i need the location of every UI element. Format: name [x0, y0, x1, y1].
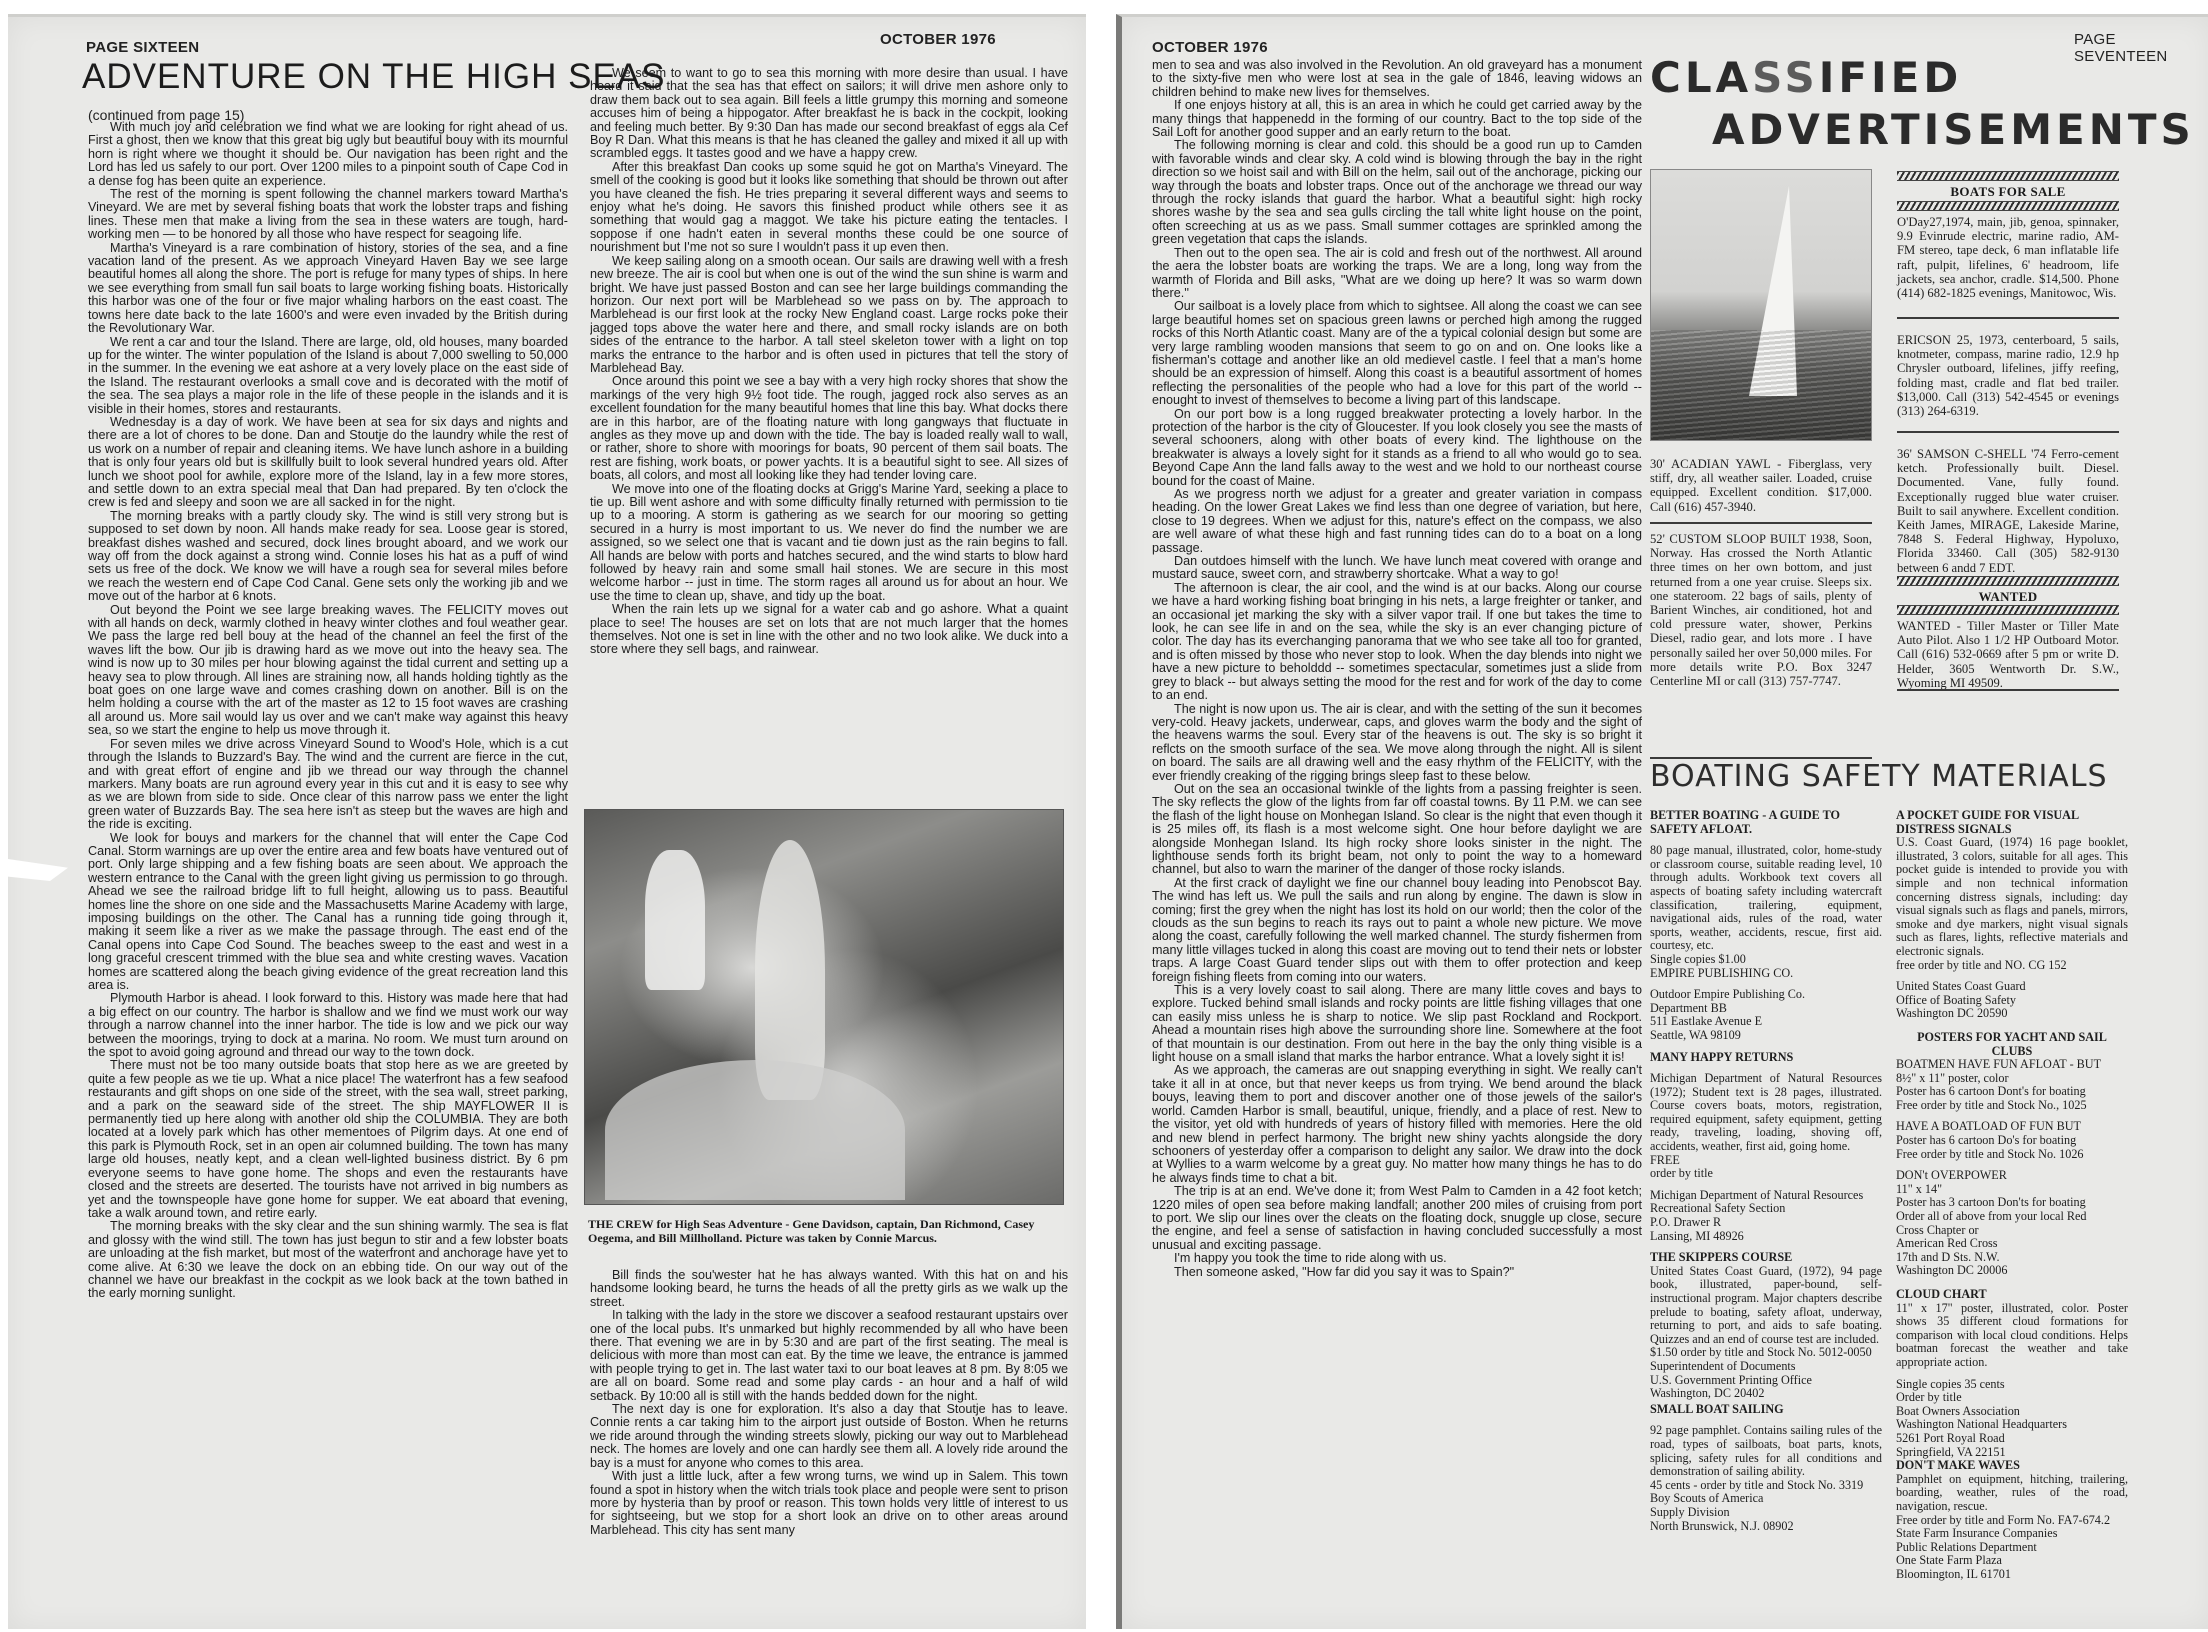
item-description: 80 page manual, illustrated, color, home…: [1650, 844, 1882, 953]
paragraph: On our port bow is a long rugged breakwa…: [1152, 408, 1642, 488]
address-line: Free order by title and Form No. FA7-674…: [1896, 1514, 2128, 1528]
address-line: Outdoor Empire Publishing Co.: [1650, 988, 1882, 1002]
item-title: THE SKIPPERS COURSE: [1650, 1251, 1882, 1265]
address-line: Boat Owners Association: [1896, 1405, 2128, 1419]
paragraph: We keep sailing along on a smooth ocean.…: [590, 255, 1068, 376]
boat-deck: [605, 1060, 905, 1200]
page-folio: PAGE SIXTEEN: [86, 39, 199, 56]
item-title: SMALL BOAT SAILING: [1650, 1403, 1882, 1417]
poster-line: DON't OVERPOWER: [1896, 1169, 2128, 1183]
item-title: DON'T MAKE WAVES: [1896, 1459, 2128, 1473]
paragraph: men to sea and was also involved in the …: [1152, 59, 1642, 99]
article-column-2-continued: Bill finds the sou'wester hat he has alw…: [590, 1269, 1068, 1619]
paragraph: The morning breaks with a partly cloudy …: [88, 510, 568, 604]
poster-line: HAVE A BOATLOAD OF FUN BUT: [1896, 1120, 2128, 1134]
poster-line: Washington DC 20006: [1896, 1264, 2128, 1278]
address-line: Public Relations Department: [1896, 1541, 2128, 1555]
address-line: Springfield, VA 22151: [1896, 1446, 2128, 1460]
poster-line: Order all of above from your local Red: [1896, 1210, 2128, 1224]
classified-ad: 30' ACADIAN YAWL - Fiberglass, very stif…: [1650, 457, 1872, 514]
paragraph: Bill finds the sou'wester hat he has alw…: [590, 1269, 1068, 1309]
address-line: One State Farm Plaza: [1896, 1554, 2128, 1568]
paragraph: Wednesday is a day of work. We have been…: [88, 416, 568, 510]
paragraph: The rest of the morning is spent followi…: [88, 188, 568, 242]
paragraph: For seven miles we drive across Vineyard…: [88, 738, 568, 832]
address-line: Office of Boating Safety: [1896, 994, 2128, 1008]
poster-line: Free order by title and Stock No. 1026: [1896, 1148, 2128, 1162]
poster-line: Poster has 3 cartoon Don'ts for boating: [1896, 1196, 2128, 1210]
sailboat-photo: [1650, 169, 1872, 441]
paragraph: The afternoon is clear, the air cool, an…: [1152, 582, 1642, 703]
paragraph: Dan outdoes himself with the lunch. We h…: [1152, 555, 1642, 582]
ad-divider: [1897, 431, 2119, 433]
page-sixteen: PAGE SIXTEEN OCTOBER 1976 ADVENTURE ON T…: [8, 14, 1086, 1629]
paragraph: In talking with the lady in the store we…: [590, 1309, 1068, 1403]
rope-divider: [1897, 576, 2119, 586]
item-order: 45 cents - order by title and Stock No. …: [1650, 1479, 1882, 1493]
address-line: Michigan Department of Natural Resources: [1650, 1189, 1882, 1203]
poster-line: 8½" x 11" poster, color: [1896, 1072, 2128, 1086]
classified-ad: 36' SAMSON C-SHELL '74 Ferro-cement ketc…: [1897, 447, 2119, 575]
item-order: order by title: [1650, 1167, 1882, 1181]
page-seventeen: OCTOBER 1976 PAGE SEVENTEEN men to sea a…: [1116, 14, 2208, 1629]
address-line: Washington National Headquarters: [1896, 1418, 2128, 1432]
paragraph: After this breakfast Dan cooks up some s…: [590, 161, 1068, 255]
item-description: 11" x 17" poster, illustrated, color. Po…: [1896, 1302, 2128, 1370]
paragraph: I'm happy you took the time to ride alon…: [1152, 1252, 1642, 1265]
address-line: Boy Scouts of America: [1650, 1492, 1882, 1506]
paragraph: The next day is one for exploration. It'…: [590, 1403, 1068, 1470]
poster-line: BOATMEN HAVE FUN AFLOAT - BUT: [1896, 1058, 2128, 1072]
boating-safety-column-2: A POCKET GUIDE FOR VISUAL DISTRESS SIGNA…: [1896, 809, 2128, 1581]
paragraph: Plymouth Harbor is ahead. I look forward…: [88, 992, 568, 1059]
address-line: 511 Eastlake Avenue E: [1650, 1015, 1882, 1029]
poster-line: Poster has 6 cartoon Do's for boating: [1896, 1134, 2128, 1148]
paragraph: There must not be too many outside boats…: [88, 1059, 568, 1220]
paragraph: We rent a car and tour the Island. There…: [88, 336, 568, 416]
address-line: State Farm Insurance Companies: [1896, 1527, 2128, 1541]
article-column-2: We seem to want to go to sea this mornin…: [590, 67, 1068, 802]
paragraph: Out beyond the Point we see large breaki…: [88, 604, 568, 738]
address-line: Lansing, MI 48926: [1650, 1230, 1882, 1244]
item-title: A POCKET GUIDE FOR VISUAL DISTRESS SIGNA…: [1896, 809, 2128, 836]
address-line: United States Coast Guard: [1896, 980, 2128, 994]
item-price: FREE: [1650, 1154, 1882, 1168]
item-order: $1.50 order by title and Stock No. 5012-…: [1650, 1346, 1882, 1360]
rope-divider: [1897, 605, 2119, 615]
item-price: Single copies $1.00: [1650, 953, 1882, 967]
item-description: United States Coast Guard, (1972), 94 pa…: [1650, 1265, 1882, 1347]
address-line: Supply Division: [1650, 1506, 1882, 1520]
address-line: North Brunswick, N.J. 08902: [1650, 1520, 1882, 1534]
item-publisher: EMPIRE PUBLISHING CO.: [1650, 967, 1882, 981]
paragraph: We move into one of the floating docks a…: [590, 483, 1068, 604]
issue-date: OCTOBER 1976: [1152, 39, 1268, 56]
section-label-boats-for-sale: BOATS FOR SALE: [1897, 184, 2119, 200]
classified-ad: O'Day27,1974, main, jib, genoa, spinnake…: [1897, 215, 2119, 300]
paragraph: As we progress north we adjust for a gre…: [1152, 488, 1642, 555]
paragraph: The morning breaks with the sky clear an…: [88, 1220, 568, 1300]
paragraph: At the first crack of daylight we fine o…: [1152, 877, 1642, 984]
item-title: BETTER BOATING - A GUIDE TO SAFETY AFLOA…: [1650, 809, 1882, 836]
poster-line: Poster has 6 cartoon Dont's for boating: [1896, 1085, 2128, 1099]
paragraph: With much joy and celebration we find wh…: [88, 121, 568, 188]
paragraph: Our sailboat is a lovely place from whic…: [1152, 300, 1642, 407]
address-line: Single copies 35 cents: [1896, 1378, 2128, 1392]
page-folio: PAGE SEVENTEEN: [2074, 31, 2208, 65]
address-line: Superintendent of Documents: [1650, 1360, 1882, 1374]
paragraph: Then someone asked, "How far did you say…: [1152, 1266, 1642, 1279]
address-line: Washington, DC 20402: [1650, 1387, 1882, 1401]
item-title: MANY HAPPY RETURNS: [1650, 1051, 1882, 1065]
paragraph: If one enjoys history at all, this is an…: [1152, 99, 1642, 139]
address-line: Seattle, WA 98109: [1650, 1029, 1882, 1043]
item-description: Michigan Department of Natural Resources…: [1650, 1072, 1882, 1154]
paragraph: The trip is at an end. We've done it; fr…: [1152, 1185, 1642, 1252]
classified-title-line1: CLASSIFIED: [1650, 53, 1962, 102]
poster-line: 11" x 14": [1896, 1183, 2128, 1197]
paragraph: With just a little luck, after a few wro…: [590, 1470, 1068, 1537]
classified-ad: ERICSON 25, 1973, centerboard, 5 sails, …: [1897, 333, 2119, 418]
paragraph: Martha's Vineyard is a rare combination …: [88, 242, 568, 336]
item-description: Pamphlet on equipment, hitching, trailer…: [1896, 1473, 2128, 1514]
poster-line: Cross Chapter or: [1896, 1224, 2128, 1238]
item-order: free order by title and NO. CG 152: [1896, 959, 2128, 973]
paragraph: When the rain lets up we signal for a wa…: [590, 603, 1068, 657]
boating-safety-title: BOATING SAFETY MATERIALS: [1650, 759, 2108, 794]
paragraph: Out on the sea an occasional twinkle of …: [1152, 783, 1642, 877]
article-column-3: men to sea and was also involved in the …: [1152, 59, 1642, 1499]
wanted-ad: WANTED - Tiller Master or Tiller Mate Au…: [1897, 619, 2119, 690]
poster-line: 17th and D Sts. N.W.: [1896, 1251, 2128, 1265]
item-title: POSTERS FOR YACHT AND SAIL CLUBS: [1896, 1031, 2128, 1058]
paragraph: Once around this point we see a bay with…: [590, 375, 1068, 482]
ad-divider: [1897, 689, 2119, 691]
paragraph: Then out to the open sea. The air is col…: [1152, 247, 1642, 301]
poster-line: American Red Cross: [1896, 1237, 2128, 1251]
paragraph: We look for bouys and markers for the ch…: [88, 832, 568, 993]
address-line: Washington DC 20590: [1896, 1007, 2128, 1021]
issue-date: OCTOBER 1976: [880, 31, 996, 48]
address-line: Recreational Safety Section: [1650, 1202, 1882, 1216]
address-line: P.O. Drawer R: [1650, 1216, 1882, 1230]
rope-divider: [1897, 171, 2119, 181]
classified-word: CLASSIFIED: [1650, 53, 1962, 102]
address-line: Bloomington, IL 61701: [1896, 1568, 2128, 1582]
classified-title-line2: ADVERTISEMENTS: [1712, 105, 2195, 154]
rope-divider: [1897, 201, 2119, 211]
poster-line: Free order by title and Stock No., 1025: [1896, 1099, 2128, 1113]
section-label-wanted: WANTED: [1897, 589, 2119, 605]
address-line: 5261 Port Royal Road: [1896, 1432, 2128, 1446]
torn-edge: [8, 859, 68, 881]
ad-divider: [1650, 522, 1872, 524]
address-line: Department BB: [1650, 1002, 1882, 1016]
classified-ad: 52' CUSTOM SLOOP BUILT 1938, Soon, Norwa…: [1650, 532, 1872, 688]
photo-caption: THE CREW for High Seas Adventure - Gene …: [588, 1217, 1062, 1245]
paragraph: The following morning is clear and cold.…: [1152, 139, 1642, 246]
paragraph: As we approach, the cameras are out snap…: [1152, 1064, 1642, 1185]
water-texture: [1651, 330, 1871, 440]
address-line: U.S. Government Printing Office: [1650, 1374, 1882, 1388]
article-column-1: With much joy and celebration we find wh…: [88, 121, 568, 1621]
address-line: Order by title: [1896, 1391, 2128, 1405]
ad-divider: [1897, 317, 2119, 319]
item-title: CLOUD CHART: [1896, 1288, 2128, 1302]
boating-safety-column-1: BETTER BOATING - A GUIDE TO SAFETY AFLOA…: [1650, 809, 1882, 1533]
paragraph: This is a very lovely coast to sail alon…: [1152, 984, 1642, 1064]
item-description: U.S. Coast Guard, (1974) 16 page booklet…: [1896, 836, 2128, 958]
paragraph: We seem to want to go to sea this mornin…: [590, 67, 1068, 161]
crew-photo: [584, 809, 1064, 1205]
paragraph: The night is now upon us. The air is cle…: [1152, 703, 1642, 783]
sail-highlight: [645, 850, 705, 990]
item-description: 92 page pamphlet. Contains sailing rules…: [1650, 1424, 1882, 1478]
article-headline: ADVENTURE ON THE HIGH SEAS: [82, 57, 666, 97]
